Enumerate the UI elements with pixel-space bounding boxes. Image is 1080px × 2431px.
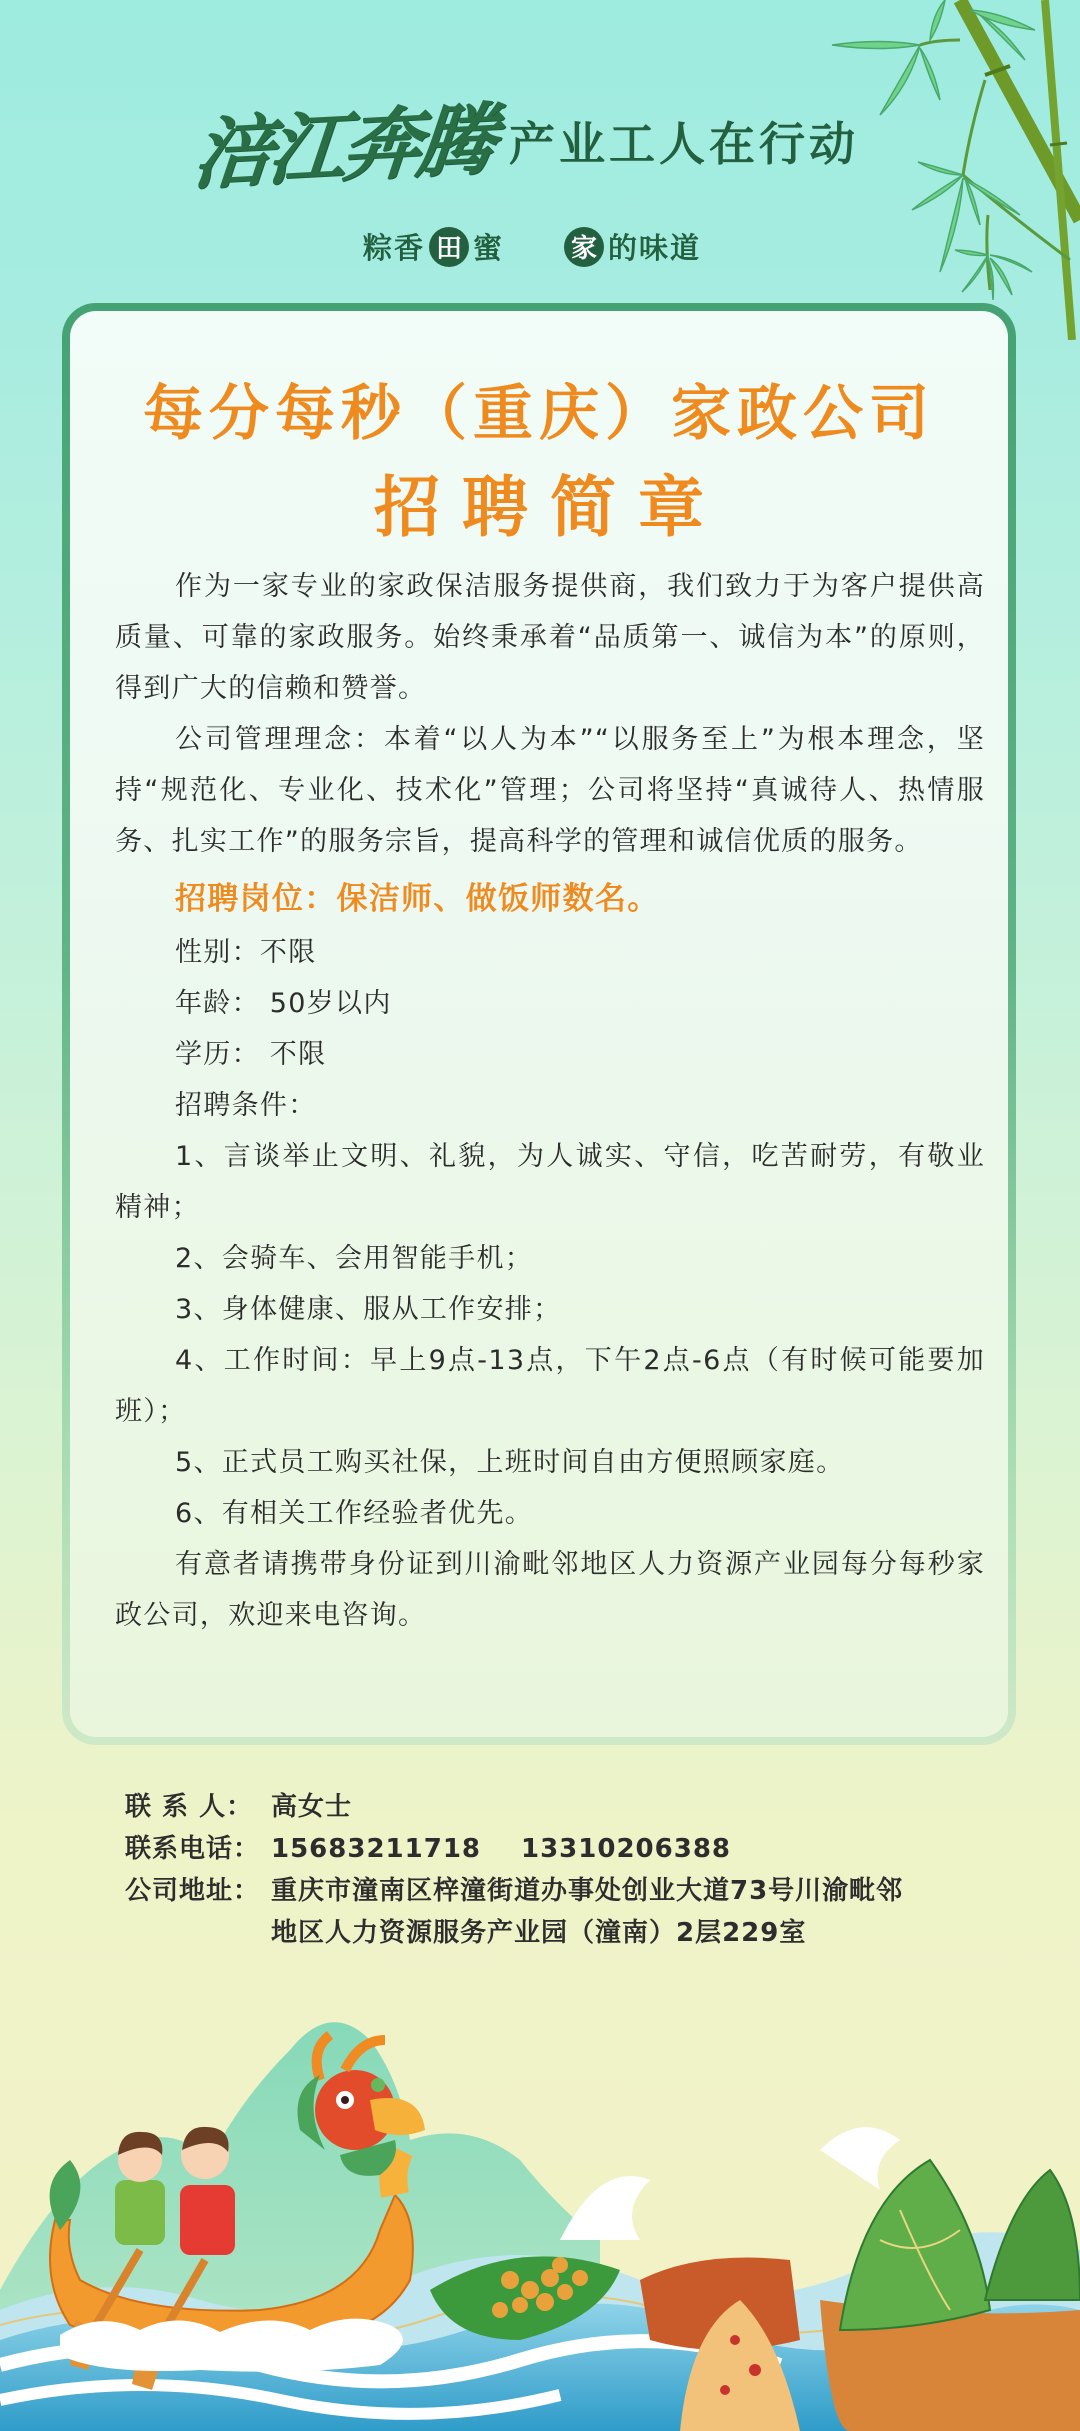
contact-address-label: 公司地址： — [125, 1870, 271, 1954]
calligraphy-title: 涪江奔腾 — [189, 77, 497, 204]
contact-person-label: 联 系 人： — [125, 1786, 271, 1828]
contact-person-row: 联 系 人： 高女士 — [125, 1786, 1080, 1828]
conditions-label: 招聘条件： — [115, 1080, 985, 1131]
management-paragraph: 公司管理理念：本着“以人为本”“以服务至上”为根本理念，坚持“规范化、专业化、技… — [115, 714, 985, 867]
condition-item: 6、有相关工作经验者优先。 — [115, 1488, 985, 1539]
slogan: 产业工人在行动 — [509, 108, 859, 174]
subtitle-badge-tian: 田 — [429, 227, 469, 267]
requirement-age: 年龄： 50岁以内 — [115, 978, 985, 1029]
bamboo-icon — [820, 0, 1080, 340]
subtitle-part3: 的味道 — [608, 226, 701, 267]
condition-item: 1、言谈举止文明、礼貌，为人诚实、守信，吃苦耐劳，有敬业精神； — [115, 1131, 985, 1233]
requirement-education: 学历： 不限 — [115, 1029, 985, 1080]
condition-item: 2、会骑车、会用智能手机； — [115, 1233, 985, 1284]
condition-item: 5、正式员工购买社保，上班时间自由方便照顾家庭。 — [115, 1437, 985, 1488]
contact-info: 联 系 人： 高女士 联系电话： 1568321171813310206388 … — [125, 1786, 1080, 1954]
positions-heading: 招聘岗位：保洁师、做饭师数名。 — [115, 871, 985, 927]
dragon-boat-illustration — [0, 1980, 1080, 2431]
recruitment-title: 招聘简章 — [70, 454, 1008, 549]
subtitle-badge-jia: 家 — [564, 227, 604, 267]
closing-paragraph: 有意者请携带身份证到川渝毗邻地区人力资源产业园每分每秒家政公司，欢迎来电咨询。 — [115, 1539, 985, 1641]
card-body: 作为一家专业的家政保洁服务提供商，我们致力于为客户提供高质量、可靠的家政服务。始… — [115, 561, 985, 1641]
recruitment-card: 每分每秒（重庆）家政公司 招聘简章 作为一家专业的家政保洁服务提供商，我们致力于… — [62, 303, 1016, 1745]
condition-item: 3、身体健康、服从工作安排； — [115, 1284, 985, 1335]
company-title: 每分每秒（重庆）家政公司 — [70, 366, 1008, 452]
address-line-1: 重庆市潼南区梓潼街道办事处创业大道73号川渝毗邻 — [271, 1870, 1080, 1912]
contact-phone-row: 联系电话： 1568321171813310206388 — [125, 1828, 1080, 1870]
subtitle: 粽香 田 蜜 家 的味道 — [363, 226, 701, 267]
contact-address-row: 公司地址： 重庆市潼南区梓潼街道办事处创业大道73号川渝毗邻 地区人力资源服务产… — [125, 1870, 1080, 1954]
phone-number-1[interactable]: 15683211718 — [271, 1834, 481, 1864]
poster-header: 涪江奔腾 产业工人在行动 粽香 田 蜜 家 的味道 — [0, 0, 1080, 300]
brand-row: 涪江奔腾 产业工人在行动 — [195, 85, 859, 197]
requirement-gender: 性别：不限 — [115, 927, 985, 978]
address-line-2: 地区人力资源服务产业园（潼南）2层229室 — [271, 1912, 1080, 1954]
contact-phone-label: 联系电话： — [125, 1828, 271, 1870]
contact-person: 高女士 — [271, 1786, 1080, 1828]
subtitle-part2: 蜜 — [473, 226, 504, 267]
condition-item: 4、工作时间：早上9点-13点，下午2点-6点（有时候可能要加班）； — [115, 1335, 985, 1437]
subtitle-part1: 粽香 — [363, 226, 425, 267]
intro-paragraph: 作为一家专业的家政保洁服务提供商，我们致力于为客户提供高质量、可靠的家政服务。始… — [115, 561, 985, 714]
phone-number-2[interactable]: 13310206388 — [521, 1834, 731, 1864]
